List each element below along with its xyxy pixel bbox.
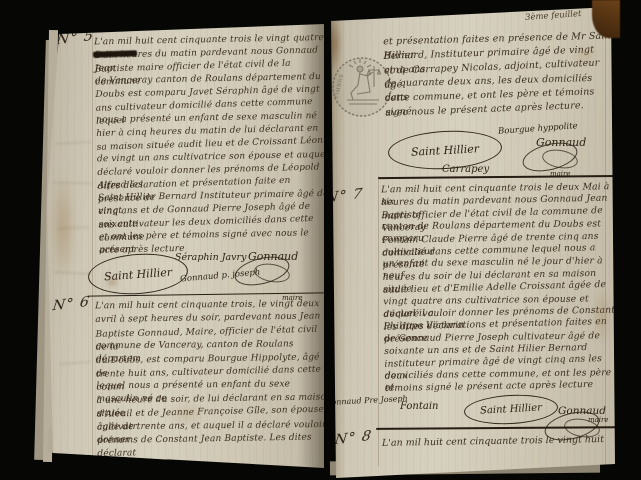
paper-stain [592, 286, 612, 346]
signature-father: Séraphin Javry [175, 252, 246, 263]
register-left-page: N° 5 L'an mil huit cent cinquante trois … [46, 22, 324, 470]
folio-corner-note: 3ème feuillet [525, 9, 582, 23]
acte-separator-line [378, 175, 616, 179]
acte-line: lequel nous a présenté un enfant du sexe… [96, 378, 324, 394]
signature-oval-saint-hillier: Saint Hillier [463, 393, 558, 427]
margin-rule-line [92, 32, 93, 462]
signature-father: Bourgue hyppolite [498, 121, 578, 137]
signature-secretary: Carrapey [442, 164, 489, 175]
paper-stain [166, 402, 206, 426]
acte-6-text-block: L'an mil huit cent cinquante trois, le v… [95, 297, 324, 448]
acte-line: commune de Vanceray, canton de Roulans d… [96, 338, 324, 354]
acte-7-text-block: L'an mil huit cent cinquante trois le de… [381, 181, 616, 396]
acte-number-5: N° 5 [56, 28, 95, 48]
signature-mayor: Gonnaud [248, 250, 324, 263]
paper-stain [572, 46, 598, 64]
acte-number-6: N° 6 [52, 294, 91, 314]
acte-line: âgée de trente ans, et auquel il a décla… [97, 418, 324, 434]
signature-mayor: Gonnaud [536, 136, 616, 149]
signature-father: Fontain [400, 401, 438, 412]
acte-number-8: N° 8 [334, 428, 373, 448]
ink-bleed-through [60, 361, 90, 365]
register-photograph: N° 5 L'an mil huit cent cinquante trois … [0, 0, 641, 480]
acte-line: L'an mil huit cent cinquante trois, le v… [95, 298, 324, 314]
acte-5-text-block: L'an mil huit cent cinquante trois le vi… [94, 31, 324, 258]
margin-rule-line [378, 176, 379, 466]
acte-5-continuation-block: et présentation faites en présence de Mr… [383, 29, 616, 120]
paper-stain [106, 277, 118, 287]
signature-mayor-title: maire [588, 416, 609, 424]
acte-8-first-line: L'an mil huit cent cinquante trois le vi… [382, 434, 604, 449]
paper-stain [50, 172, 76, 282]
acte-line: vingt quatre ans cultivatrice son épouse… [383, 293, 616, 309]
ink-bleed-through [56, 141, 90, 145]
acte-number-7: N° 7 [325, 186, 364, 206]
register-right-page: 3ème feuillet TIMBRE et présentation fai… [322, 6, 616, 480]
